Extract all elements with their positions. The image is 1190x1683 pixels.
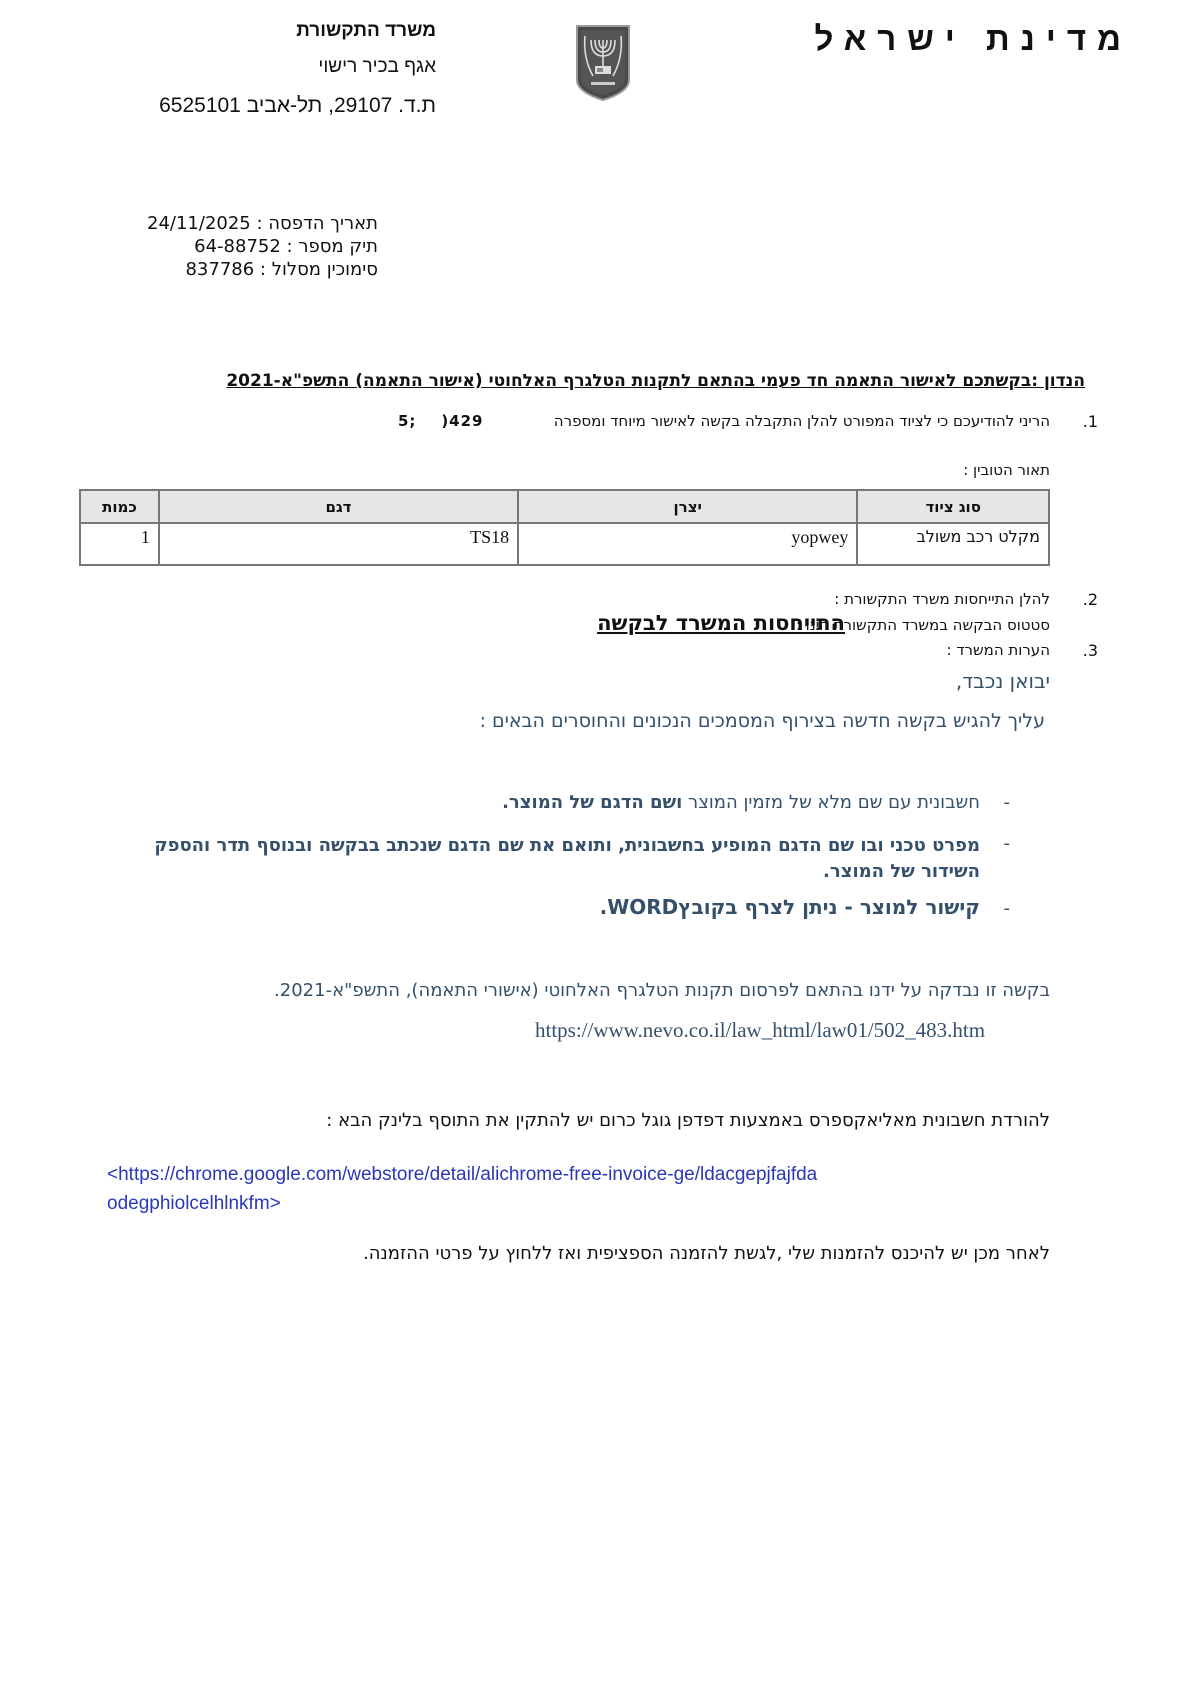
column-header-manufacturer: יצרן [518,490,857,523]
ministry-address: ת.ד. 29107, תל-אביב 6525101 [159,94,436,118]
column-header-model: דגם [159,490,518,523]
bullet-text-bold: ושם הדגם של המוצר. [502,792,682,813]
bullet-item: מפרט טכני ובו שם הדגם המופיע בחשבונית, ו… [150,833,980,885]
bullet-text-regular: חשבונית עם שם מלא של מזמין המוצר [682,792,980,813]
state-title: מדינת ישראל [815,20,1132,58]
item-2-number: .2 [1083,590,1098,609]
bullet-dash: - [1004,792,1011,813]
after-install-note: לאחר מכן יש להיכנס להזמנות שלי ,לגשת להז… [363,1243,1050,1264]
status-value: התייחסות המשרד לבקשה [597,611,845,635]
item-3-number: .3 [1083,641,1098,660]
cell-manufacturer: yopwey [518,523,857,565]
column-header-equipment-type: סוג ציוד [857,490,1049,523]
tracking-value: 837786 [185,259,254,280]
cell-equipment-type: מקלט רכב משולב [857,523,1049,565]
tracking-label: סימוכין מסלול : [260,259,378,280]
state-emblem-icon [573,22,633,102]
column-header-quantity: כמות [80,490,159,523]
remarks-greeting: יבואן נכבד, [956,669,1050,693]
chrome-extension-link[interactable]: <https://chrome.google.com/webstore/deta… [107,1160,827,1218]
file-number: תיק מספר : 64-88752 [194,236,378,257]
law-note: בקשה זו נבדקה על ידנו בהתאם לפרסום תקנות… [274,980,1050,1001]
bullet-dash: - [1004,898,1011,919]
item-2-text: להלן התייחסות משרד התקשורת : [834,590,1050,608]
bullet-dash: - [1004,833,1011,854]
goods-table: סוג ציוד יצרן דגם כמות מקלט רכב משולב yo… [79,489,1050,566]
tracking-number: סימוכין מסלול : 837786 [185,259,378,280]
item-1-text: הריני להודיעכם כי לציוד המפורט להלן התקב… [554,412,1050,430]
item-1-number: .1 [1083,412,1098,431]
remarks-instruction: עליך להגיש בקשה חדשה בצירוף המסמכים הנכו… [480,710,1045,732]
file-number-label: תיק מספר : [287,236,378,257]
subject-line: הנדון :בקשתכם לאישור התאמה חד פעמי בהתאם… [226,371,1085,391]
table-header-row: סוג ציוד יצרן דגם כמות [80,490,1049,523]
ministry-name: משרד התקשורת [296,20,436,42]
print-date-value: 24/11/2025 [147,213,251,234]
bullet-item: חשבונית עם שם מלא של מזמין המוצר ושם הדג… [502,792,980,813]
ministry-department: אגף בכיר רישוי [318,56,436,78]
request-number-redacted: 5; )429 [398,412,484,430]
file-number-value: 64-88752 [194,236,281,257]
print-date: תאריך הדפסה : 24/11/2025 [147,213,378,234]
table-row: מקלט רכב משולב yopwey TS18 1 [80,523,1049,565]
bullet-item: קישור למוצר - ניתן לצרף בקובץWORD. [600,895,980,919]
cell-quantity: 1 [80,523,159,565]
invoice-download-note: להורדת חשבונית מאליאקספרס באמצעות דפדפן … [326,1110,1050,1131]
cell-model: TS18 [159,523,518,565]
print-date-label: תאריך הדפסה : [257,213,379,234]
item-3-text: הערות המשרד : [947,641,1050,659]
law-link[interactable]: https://www.nevo.co.il/law_html/law01/50… [535,1018,985,1043]
goods-description-label: תאור הטובין : [963,461,1050,479]
